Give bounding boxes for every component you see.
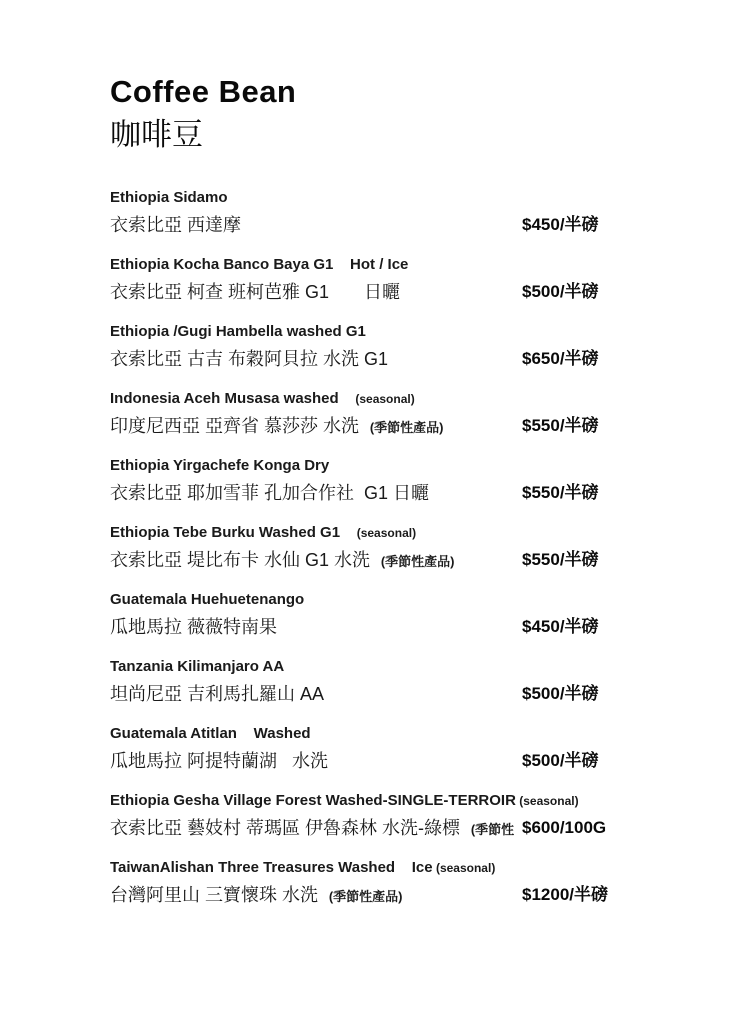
item-seasonal-note-zh: (季節性產品) — [318, 889, 403, 904]
item-chinese-wrap: 衣索比亞 古吉 布穀阿貝拉 水洗 G1 — [110, 345, 388, 373]
item-seasonal-note-en: (seasonal) — [340, 526, 416, 540]
item-name-zh: 坦尚尼亞 吉利馬扎羅山 AA — [110, 684, 324, 704]
item-seasonal-note-zh: (季節性產品) — [460, 822, 514, 837]
page-title-zh: 咖啡豆 — [110, 114, 730, 156]
item-chinese-wrap: 台灣阿里山 三寶懷珠 水洗 (季節性產品) — [110, 881, 403, 909]
item-name-en: Guatemala Atitlan Washed — [110, 725, 311, 742]
item-name-en: Guatemala Huehuetenango — [110, 591, 304, 608]
item-name-zh: 衣索比亞 柯查 班柯芭雅 G1 日曬 — [110, 282, 400, 302]
item-price: $500/半磅 — [522, 747, 599, 775]
item-chinese-line: 衣索比亞 耶加雪菲 孔加合作社 G1 日曬 $550/半磅 — [110, 479, 730, 507]
item-seasonal-note-en: (seasonal) — [339, 392, 415, 406]
item-english-line: Guatemala Atitlan Washed — [110, 720, 730, 747]
item-chinese-line: 衣索比亞 柯查 班柯芭雅 G1 日曬 $500/半磅 — [110, 278, 730, 306]
item-price: $550/半磅 — [522, 479, 599, 507]
item-chinese-wrap: 坦尚尼亞 吉利馬扎羅山 AA — [110, 680, 324, 708]
item-name-en: Indonesia Aceh Musasa washed — [110, 390, 339, 407]
item-price: $550/半磅 — [522, 546, 599, 574]
item-chinese-line: 衣索比亞 西達摩 $450/半磅 — [110, 211, 730, 239]
item-price: $450/半磅 — [522, 613, 599, 641]
item-name-en: Ethiopia Tebe Burku Washed G1 — [110, 524, 340, 541]
item-name-zh: 印度尼西亞 亞齊省 慕莎莎 水洗 — [110, 416, 359, 436]
item-name-en: Tanzania Kilimanjaro AA — [110, 658, 284, 675]
item-name-zh: 衣索比亞 古吉 布穀阿貝拉 水洗 G1 — [110, 349, 388, 369]
item-chinese-wrap: 印度尼西亞 亞齊省 慕莎莎 水洗 (季節性產品) — [110, 412, 444, 440]
menu-page: Coffee Bean 咖啡豆 Ethiopia Sidamo 衣索比亞 西達摩… — [0, 0, 730, 1032]
item-name-en: Ethiopia Gesha Village Forest Washed-SIN… — [110, 792, 516, 809]
item-english-line: TaiwanAlishan Three Treasures Washed Ice… — [110, 854, 730, 881]
menu-item: Ethiopia Kocha Banco Baya G1 Hot / Ice 衣… — [110, 251, 730, 306]
item-seasonal-note-en: (seasonal) — [516, 794, 579, 808]
item-name-en: Ethiopia Yirgachefe Konga Dry — [110, 457, 329, 474]
item-chinese-line: 瓜地馬拉 薇薇特南果 $450/半磅 — [110, 613, 730, 641]
item-english-line: Tanzania Kilimanjaro AA — [110, 653, 730, 680]
item-chinese-line: 瓜地馬拉 阿提特蘭湖 水洗 $500/半磅 — [110, 747, 730, 775]
item-chinese-wrap: 瓜地馬拉 阿提特蘭湖 水洗 — [110, 747, 328, 775]
item-price: $550/半磅 — [522, 412, 599, 440]
item-english-line: Ethiopia Sidamo — [110, 184, 730, 211]
item-seasonal-note-en: (seasonal) — [433, 861, 496, 875]
menu-item: Ethiopia Yirgachefe Konga Dry 衣索比亞 耶加雪菲 … — [110, 452, 730, 507]
item-english-line: Ethiopia Yirgachefe Konga Dry — [110, 452, 730, 479]
item-english-line: Indonesia Aceh Musasa washed (seasonal) — [110, 385, 730, 412]
item-name-en: Ethiopia Kocha Banco Baya G1 Hot / Ice — [110, 256, 408, 273]
menu-item: Guatemala Atitlan Washed 瓜地馬拉 阿提特蘭湖 水洗 $… — [110, 720, 730, 775]
item-name-zh: 衣索比亞 西達摩 — [110, 215, 241, 235]
menu-item: Tanzania Kilimanjaro AA 坦尚尼亞 吉利馬扎羅山 AA $… — [110, 653, 730, 708]
item-price: $1200/半磅 — [522, 881, 608, 909]
item-name-zh: 瓜地馬拉 薇薇特南果 — [110, 617, 277, 637]
item-chinese-wrap: 瓜地馬拉 薇薇特南果 — [110, 613, 277, 641]
item-name-zh: 台灣阿里山 三寶懷珠 水洗 — [110, 885, 318, 905]
item-name-en: Ethiopia Sidamo — [110, 189, 228, 206]
item-name-zh: 瓜地馬拉 阿提特蘭湖 水洗 — [110, 751, 328, 771]
item-chinese-wrap: 衣索比亞 藝妓村 蒂瑪區 伊魯森林 水洗-綠標 (季節性產品) — [110, 814, 514, 842]
item-name-zh: 衣索比亞 耶加雪菲 孔加合作社 G1 日曬 — [110, 483, 429, 503]
item-chinese-wrap: 衣索比亞 柯查 班柯芭雅 G1 日曬 — [110, 278, 400, 306]
item-seasonal-note-zh: (季節性產品) — [359, 420, 444, 435]
item-price: $600/100G — [522, 814, 606, 842]
item-seasonal-note-zh: (季節性產品) — [370, 554, 455, 569]
item-english-line: Ethiopia Tebe Burku Washed G1 (seasonal) — [110, 519, 730, 546]
item-chinese-wrap: 衣索比亞 耶加雪菲 孔加合作社 G1 日曬 — [110, 479, 429, 507]
item-chinese-wrap: 衣索比亞 堤比布卡 水仙 G1 水洗 (季節性產品) — [110, 546, 455, 574]
item-name-zh: 衣索比亞 藝妓村 蒂瑪區 伊魯森林 水洗-綠標 — [110, 818, 460, 838]
item-english-line: Ethiopia Gesha Village Forest Washed-SIN… — [110, 787, 730, 814]
item-name-zh: 衣索比亞 堤比布卡 水仙 G1 水洗 — [110, 550, 370, 570]
item-chinese-line: 坦尚尼亞 吉利馬扎羅山 AA $500/半磅 — [110, 680, 730, 708]
menu-item: Guatemala Huehuetenango 瓜地馬拉 薇薇特南果 $450/… — [110, 586, 730, 641]
item-english-line: Ethiopia /Gugi Hambella washed G1 — [110, 318, 730, 345]
item-chinese-wrap: 衣索比亞 西達摩 — [110, 211, 241, 239]
menu-item: Indonesia Aceh Musasa washed (seasonal) … — [110, 385, 730, 440]
menu-item-list: Ethiopia Sidamo 衣索比亞 西達摩 $450/半磅 Ethiopi… — [110, 184, 730, 909]
item-price: $450/半磅 — [522, 211, 599, 239]
item-chinese-line: 衣索比亞 藝妓村 蒂瑪區 伊魯森林 水洗-綠標 (季節性產品) $600/100… — [110, 814, 730, 842]
item-english-line: Guatemala Huehuetenango — [110, 586, 730, 613]
item-english-line: Ethiopia Kocha Banco Baya G1 Hot / Ice — [110, 251, 730, 278]
menu-item: TaiwanAlishan Three Treasures Washed Ice… — [110, 854, 730, 909]
menu-item: Ethiopia Sidamo 衣索比亞 西達摩 $450/半磅 — [110, 184, 730, 239]
item-chinese-line: 衣索比亞 堤比布卡 水仙 G1 水洗 (季節性產品) $550/半磅 — [110, 546, 730, 574]
menu-item: Ethiopia /Gugi Hambella washed G1 衣索比亞 古… — [110, 318, 730, 373]
item-chinese-line: 台灣阿里山 三寶懷珠 水洗 (季節性產品) $1200/半磅 — [110, 881, 730, 909]
item-chinese-line: 印度尼西亞 亞齊省 慕莎莎 水洗 (季節性產品) $550/半磅 — [110, 412, 730, 440]
item-price: $500/半磅 — [522, 680, 599, 708]
item-price: $500/半磅 — [522, 278, 599, 306]
item-name-en: TaiwanAlishan Three Treasures Washed Ice — [110, 859, 433, 876]
menu-item: Ethiopia Tebe Burku Washed G1 (seasonal)… — [110, 519, 730, 574]
menu-item: Ethiopia Gesha Village Forest Washed-SIN… — [110, 787, 730, 842]
item-name-en: Ethiopia /Gugi Hambella washed G1 — [110, 323, 366, 340]
item-price: $650/半磅 — [522, 345, 599, 373]
item-chinese-line: 衣索比亞 古吉 布穀阿貝拉 水洗 G1 $650/半磅 — [110, 345, 730, 373]
page-title: Coffee Bean — [110, 74, 730, 110]
